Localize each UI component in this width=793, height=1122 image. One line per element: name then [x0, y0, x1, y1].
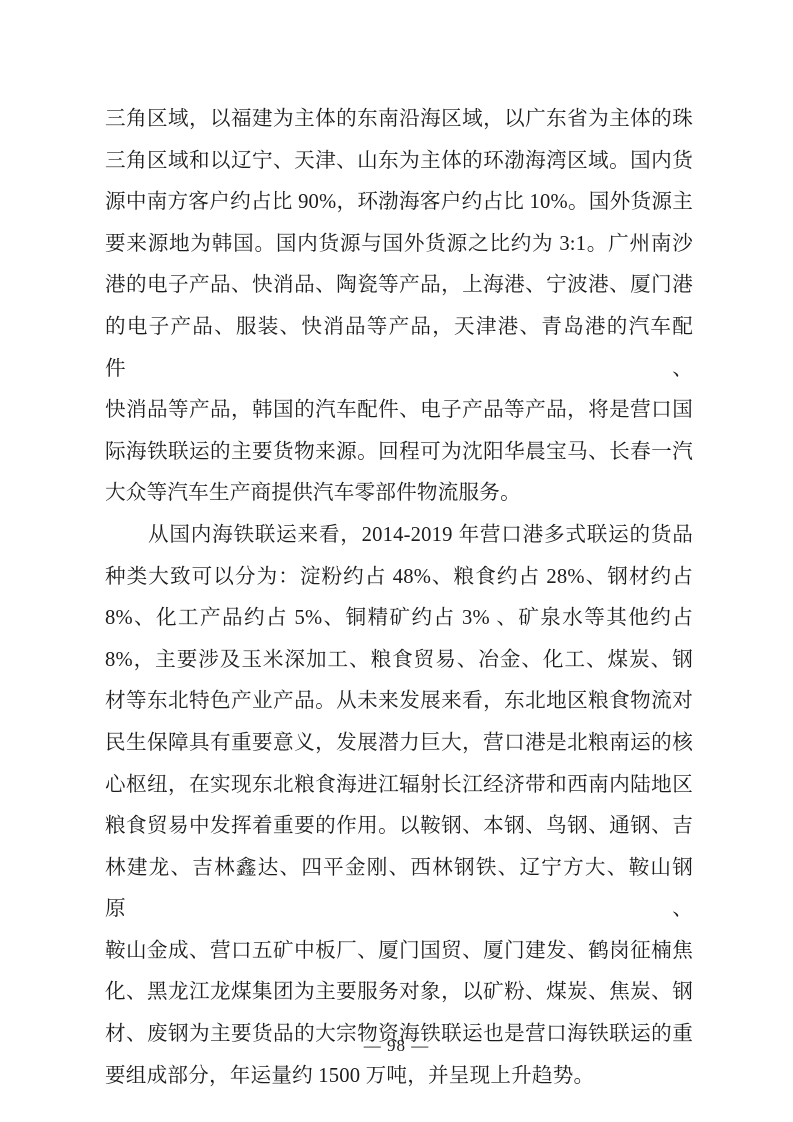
- text-line: 从国内海铁联运来看，2014-2019 年营口港多式联运的货品: [105, 515, 693, 557]
- text-line: 种类大致可以分为：淀粉约占 48%、粮食约占 28%、钢材约占: [105, 557, 693, 599]
- text-line: 港的电子产品、快消品、陶瓷等产品，上海港、宁波港、厦门港: [105, 265, 693, 307]
- text-line: 鞍山金成、营口五矿中板厂、厦门国贸、厦门建发、鹤岗征楠焦: [105, 931, 693, 973]
- text-line: 8%，主要涉及玉米深加工、粮食贸易、冶金、化工、煤炭、钢: [105, 640, 693, 682]
- text-line: 化、黑龙江龙煤集团为主要服务对象，以矿粉、煤炭、焦炭、钢: [105, 972, 693, 1014]
- page-number: — 98 —: [0, 1036, 793, 1056]
- text-line: 林建龙、吉林鑫达、四平金刚、西林钢铁、辽宁方大、鞍山钢原、: [105, 848, 693, 931]
- text-line: 要来源地为韩国。国内货源与国外货源之比约为 3:1。广州南沙: [105, 224, 693, 266]
- text-line: 8%、化工产品约占 5%、铜精矿约占 3% 、矿泉水等其他约占: [105, 598, 693, 640]
- text-block: 三角区域，以福建为主体的东南沿海区域，以广东省为主体的珠 三角区域和以辽宁、天津…: [105, 99, 693, 1097]
- text-line: 要组成部分，年运量约 1500 万吨，并呈现上升趋势。: [105, 1056, 693, 1098]
- text-line: 材等东北特色产业产品。从未来发展来看，东北地区粮食物流对: [105, 681, 693, 723]
- text-line: 三角区域和以辽宁、天津、山东为主体的环渤海湾区域。国内货: [105, 141, 693, 183]
- text-line: 大众等汽车生产商提供汽车零部件物流服务。: [105, 473, 693, 515]
- text-line: 粮食贸易中发挥着重要的作用。以鞍钢、本钢、鸟钢、通钢、吉: [105, 806, 693, 848]
- document-page: 三角区域，以福建为主体的东南沿海区域，以广东省为主体的珠 三角区域和以辽宁、天津…: [0, 0, 793, 1122]
- text-line: 际海铁联运的主要货物来源。回程可为沈阳华晨宝马、长春一汽: [105, 432, 693, 474]
- text-line: 源中南方客户约占比 90%，环渤海客户约占比 10%。国外货源主: [105, 182, 693, 224]
- text-line: 心枢纽，在实现东北粮食海进江辐射长江经济带和西南内陆地区: [105, 765, 693, 807]
- text-line: 快消品等产品，韩国的汽车配件、电子产品等产品，将是营口国: [105, 390, 693, 432]
- text-line: 民生保障具有重要意义，发展潜力巨大，营口港是北粮南运的核: [105, 723, 693, 765]
- text-line: 的电子产品、服装、快消品等产品，天津港、青岛港的汽车配件、: [105, 307, 693, 390]
- text-line: 三角区域，以福建为主体的东南沿海区域，以广东省为主体的珠: [105, 99, 693, 141]
